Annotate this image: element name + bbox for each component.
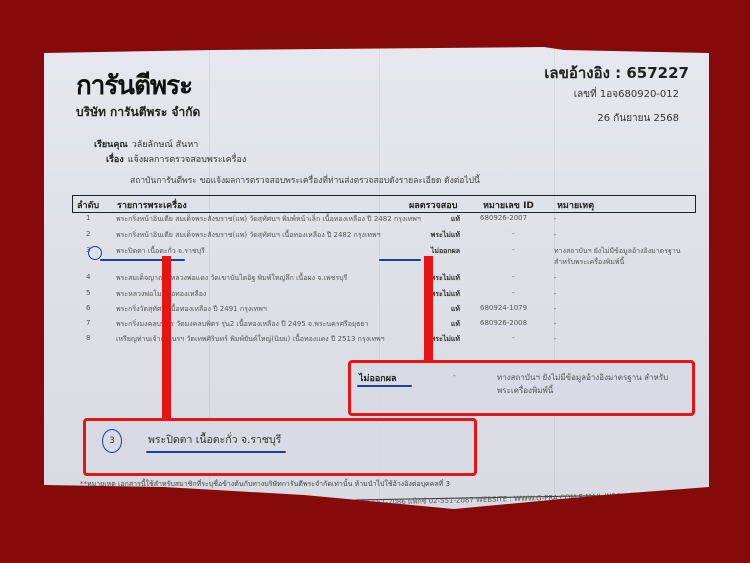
reference-number: เลขอ้างอิง : 657227 (544, 61, 689, 85)
row-id: 680926-2007 (480, 214, 527, 222)
row-item: พระปิดตา เนื้อตะกั่ว จ.ราชบุรี (116, 246, 205, 257)
table-row: 2พระกริ่งหน้าอินเดีย สมเด็จพระสังฆราช(แพ… (72, 228, 694, 242)
row-id: - (512, 246, 515, 254)
row-number: 1 (86, 214, 90, 222)
row-remark: ทางสถาบันฯ ยังไม่มีข้อมูลอ้างอิงมาตรฐาน … (554, 246, 684, 268)
row-remark: - (554, 334, 684, 345)
highlight-connector (162, 256, 171, 418)
subject-line: เรื่องแจ้งผลการตรวจสอบพระเครื่อง (106, 152, 246, 166)
pen-underline-mark (379, 259, 421, 261)
row-number: 4 (86, 273, 90, 281)
subject-label: เรื่อง (106, 155, 124, 165)
pen-circle-mark (88, 246, 102, 260)
col-remark: หมายเหตุ (557, 198, 594, 212)
pen-underline-mark (100, 259, 185, 261)
table-header: ลำดับ รายการพระเครื่อง ผลตรวจสอบ หมายเลข… (72, 195, 696, 213)
footer-address: 57/40 ตึกมงคล ชั้น 1 ถ.รามอินทรา แขวงอนุ… (96, 490, 669, 516)
row-number: 8 (86, 334, 90, 342)
row-number: 7 (86, 319, 90, 327)
subject-text: แจ้งผลการตรวจสอบพระเครื่อง (128, 155, 247, 165)
col-result: ผลตรวจสอบ (409, 198, 457, 212)
row-item: เหรียญท่านเจ้าคุณนรฯ วัดเทพศิรินทร์ พิมพ… (116, 334, 385, 345)
col-id: หมายเลข ID (483, 198, 534, 212)
row-item: พระกริ่งวัดสุทัศน์ เนื้อทองเหลือง ปี 249… (116, 304, 267, 315)
row-remark: - (554, 273, 684, 284)
row-id: - (512, 273, 515, 281)
row-number: 6 (86, 304, 90, 312)
col-no: ลำดับ (77, 198, 99, 212)
brand-logo: การันตีพระ (76, 65, 192, 106)
item-callout: 3 พระปิดตา เนื้อตะกั่ว จ.ราชบุรี (83, 418, 477, 476)
row-remark: - (554, 289, 684, 300)
row-item: พระกริ่งหน้าอินเดีย สมเด็จพระสังฆราช(แพ)… (116, 214, 421, 225)
row-remark: - (554, 319, 684, 330)
document-date: 26 กันยายน 2568 (597, 111, 679, 126)
recipient-name: วลัยลักษณ์ สันหา (132, 140, 199, 150)
pen-underline-mark (146, 451, 286, 453)
row-id: 680924-1079 (480, 304, 527, 312)
row-remark: - (554, 214, 684, 225)
row-item: พระสมเด็จญาณฯ หลวงพ่อแดง วัดเขาบันไดอิฐ … (116, 273, 347, 284)
col-item: รายการพระเครื่อง (117, 198, 187, 212)
paper-fold (554, 47, 555, 525)
callout-remark: ทางสถาบันฯ ยังไม่มีข้อมูลอ้างอิงมาตรฐาน … (497, 371, 677, 397)
result-callout: ไม่ออกผล - ทางสถาบันฯ ยังไม่มีข้อมูลอ้าง… (348, 360, 695, 416)
row-id: - (512, 289, 515, 297)
callout-item-name: พระปิดตา เนื้อตะกั่ว จ.ราชบุรี (148, 431, 281, 448)
callout-id: - (453, 371, 456, 380)
to-label: เรียนคุณ (94, 140, 128, 150)
table-row: 1พระกริ่งหน้าอินเดีย สมเด็จพระสังฆราช(แพ… (72, 212, 694, 226)
row-result: พระไม่แท้ (400, 230, 460, 241)
row-item: พระกริ่งมงคลบพิตร วัดมงคลบพิตร รุ่น2 เนื… (116, 319, 368, 330)
row-id: - (512, 334, 515, 342)
row-remark: - (554, 230, 684, 241)
row-id: 680926-2008 (480, 319, 527, 327)
row-id: - (512, 230, 515, 238)
footer-note: **หมายเหตุ เอกสารนี้ใช้สำหรับสมาชิกที่ระ… (80, 479, 450, 490)
recipient-line: เรียนคุณวลัยลักษณ์ สันหา (94, 137, 198, 151)
row-result: แท้ (400, 214, 460, 225)
item-number-circle: 3 (102, 429, 122, 453)
pen-underline-mark (357, 385, 412, 387)
row-item: พระกริ่งหน้าอินเดีย สมเด็จพระสังฆราช(แพ)… (116, 230, 381, 241)
row-number: 2 (86, 230, 90, 238)
highlight-connector (424, 256, 433, 360)
row-number: 5 (86, 289, 90, 297)
document-number: เลขที่ 1อจ680920-012 (574, 87, 679, 102)
row-remark: - (554, 304, 684, 315)
callout-status: ไม่ออกผล (359, 371, 397, 385)
company-name: บริษัท การันตีพระ จำกัด (76, 103, 200, 122)
intro-text: สถาบันการันตีพระ ขอแจ้งผลการตรวจสอบพระเค… (130, 173, 480, 187)
